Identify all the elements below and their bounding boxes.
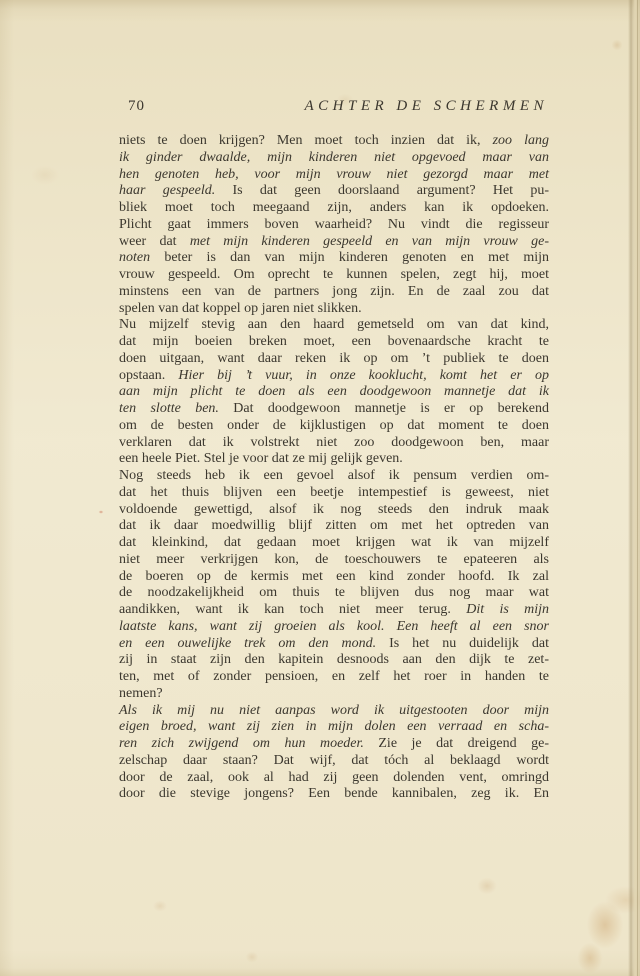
text-line: minstens een van de partners jong zijn. … (119, 284, 549, 301)
text-line: vrouw gespeeld. Om oprecht te kunnen spe… (119, 267, 549, 284)
text-line: Nu mijzelf stevig aan den haard gemetsel… (119, 317, 549, 334)
page-number: 70 (128, 98, 145, 115)
text-line: haar gespeeld. Is dat geen doorslaand ar… (119, 183, 549, 200)
text-line: laatste kans, want zij groeien als kool.… (119, 619, 549, 636)
text-line: verklaren dat ik volstrekt niet zoo dood… (119, 435, 549, 452)
book-page: { "colors": { "paper": "#efe7cd", "ink":… (0, 0, 640, 976)
text-line: Als ik mij nu niet aanpas word ik uitges… (119, 703, 549, 720)
body-text: niets te doen krijgen? Men moet toch inz… (119, 133, 549, 803)
text-line: eigen broed, want zij zien in mijn dolen… (119, 719, 549, 736)
text-line: dat mijn boeien breken moet, een bovenaa… (119, 334, 549, 351)
text-line: noten beter is dan van mijn kinderen gen… (119, 250, 549, 267)
text-line: zelschap daar staan? Dat wijf, dat tóch … (119, 753, 549, 770)
text-line: dat ik daar moedwillig blijf zitten om m… (119, 518, 549, 535)
text-line: bliek moet toch meegaand zijn, anders ka… (119, 200, 549, 217)
running-title: ACHTER DE SCHERMEN (305, 98, 549, 115)
text-line: zij in staat zijn den kapitein desnoods … (119, 652, 549, 669)
text-line: door die stevige jongens? Een bende kann… (119, 786, 549, 803)
text-line: niet meer verkrijgen kon, de toeschouwer… (119, 552, 549, 569)
text-line: niets te doen krijgen? Men moet toch inz… (119, 133, 549, 150)
text-line: hen genoten heb, voor mijn vrouw niet ge… (119, 167, 549, 184)
text-line: en een ouwelijke trek om den mond. Is he… (119, 636, 549, 653)
text-line: de noodzakelijkheid om thuis te blijven … (119, 585, 549, 602)
text-line: ik ginder dwaalde, mijn kinderen niet op… (119, 150, 549, 167)
text-line: ren zich zwijgend om hun moeder. Zie je … (119, 736, 549, 753)
text-line: een heele Piet. Stel je voor dat ze mij … (119, 451, 549, 468)
text-line: dat het thuis blijven een beetje intempe… (119, 485, 549, 502)
text-line: nemen? (119, 686, 549, 703)
text-line: voldoende gewettigd, alsof ik nog steeds… (119, 502, 549, 519)
text-line: door de zaal, ook al had zij geen dolend… (119, 770, 549, 787)
text-line: om de besten onder de kijklustigen op da… (119, 418, 549, 435)
text-line: ten slotte ben. Dat doodgewoon mannetje … (119, 401, 549, 418)
text-line: weer dat met mijn kinderen gespeeld en v… (119, 234, 549, 251)
page-header: 70 ACHTER DE SCHERMEN (120, 98, 548, 118)
text-line: de boeren op de kermis met een kind zond… (119, 569, 549, 586)
text-line: Nog steeds heb ik een gevoel alsof ik pe… (119, 468, 549, 485)
text-line: aan mijn plicht te doen als een doodgewo… (119, 384, 549, 401)
page-edge (628, 0, 640, 976)
text-line: aandikken, want ik kan toch niet meer te… (119, 602, 549, 619)
text-line: Plicht gaat immers boven waarheid? Nu vi… (119, 217, 549, 234)
text-line: opstaan. Hier bij ’t vuur, in onze kookl… (119, 368, 549, 385)
text-line: spelen van dat koppel op jaren niet slik… (119, 301, 549, 318)
text-line: ten, met of zonder pensioen, en zelf het… (119, 669, 549, 686)
text-line: dat kleinkind, dat gedaan moet krijgen w… (119, 535, 549, 552)
text-line: doen uitgaan, want daar reken ik op om ’… (119, 351, 549, 368)
